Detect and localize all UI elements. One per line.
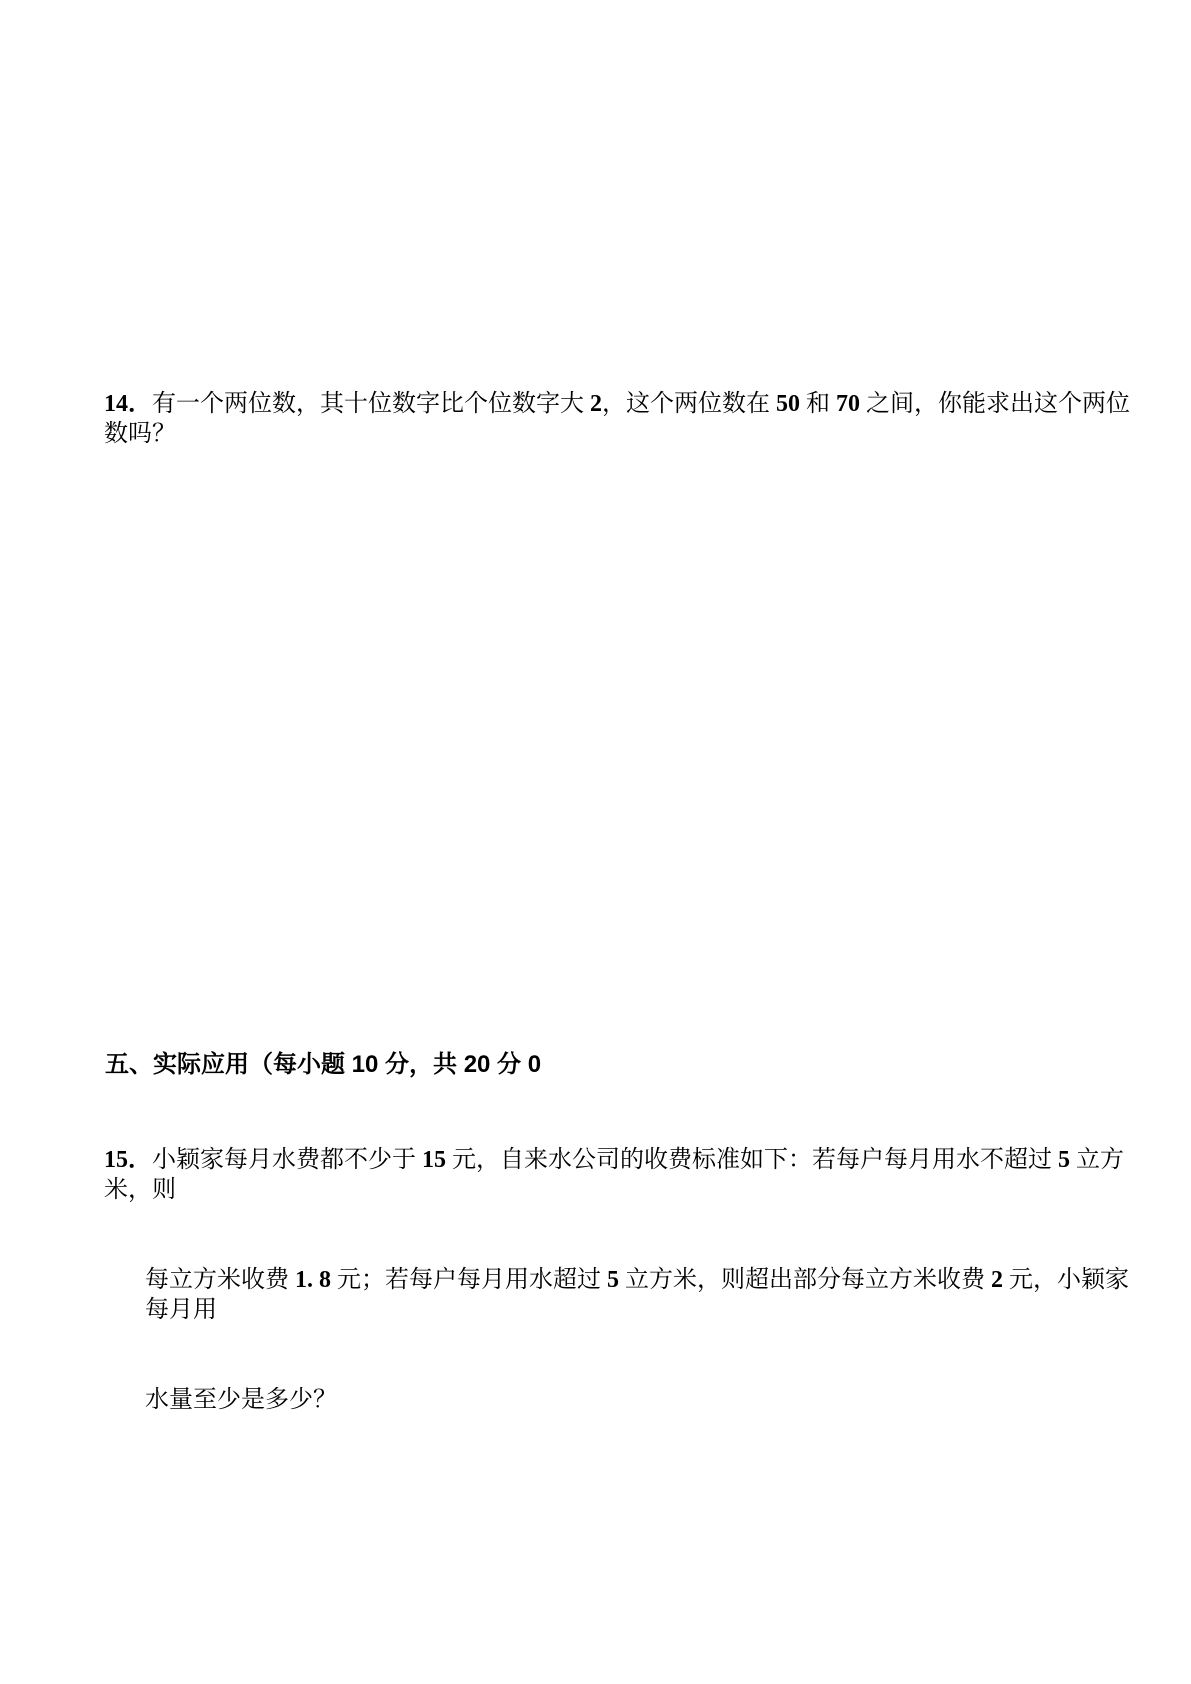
question-15-line-1: 15．小颖家每月水费都不少于 15 元，自来水公司的收费标准如下：若每户每月用水… [104,1145,1134,1205]
text-segment: 1. 8 [295,1267,331,1293]
text-segment: 2 [590,391,602,417]
text-segment: 每立方米收费 [145,1267,295,1293]
text-segment: 5 [607,1267,619,1293]
question-14: 14．有一个两位数，其十位数字比个位数字大 2，这个两位数在 50 和 70 之… [104,329,1134,509]
text-segment: 有一个两位数，其十位数字比个位数字大 [152,391,590,417]
worksheet-page: 14．有一个两位数，其十位数字比个位数字大 2，这个两位数在 50 和 70 之… [0,0,1191,1684]
text-segment: 14． [104,391,152,417]
text-segment: 5 [1058,1147,1070,1173]
question-15-line-3: 水量至少是多少？ [104,1385,1134,1415]
question-15-line-2: 每立方米收费 1. 8 元；若每户每月用水超过 5 立方米，则超出部分每立方米收… [104,1265,1134,1325]
text-segment: 元，自来水公司的收费标准如下：若每户每月用水不超过 [446,1147,1058,1173]
text-segment: 15． [104,1147,152,1173]
text-segment: 15 [422,1147,446,1173]
text-segment: 小颖家每月水费都不少于 [152,1147,422,1173]
text-segment: 和 [800,391,836,417]
text-segment: 2 [991,1267,1003,1293]
section-5-header: 五、实际应用（每小题 10 分，共 20 分 0 [105,1050,1135,1080]
question-15: 15．小颖家每月水费都不少于 15 元，自来水公司的收费标准如下：若每户每月用水… [104,1085,1134,1475]
question-14-line-1: 14．有一个两位数，其十位数字比个位数字大 2，这个两位数在 50 和 70 之… [104,389,1134,449]
text-segment: 50 [776,391,800,417]
text-segment: 水量至少是多少？ [145,1387,337,1413]
text-segment: 立方米，则超出部分每立方米收费 [619,1267,991,1293]
text-segment: ，这个两位数在 [602,391,776,417]
text-segment: 70 [836,391,860,417]
text-segment: 元；若每户每月用水超过 [331,1267,607,1293]
